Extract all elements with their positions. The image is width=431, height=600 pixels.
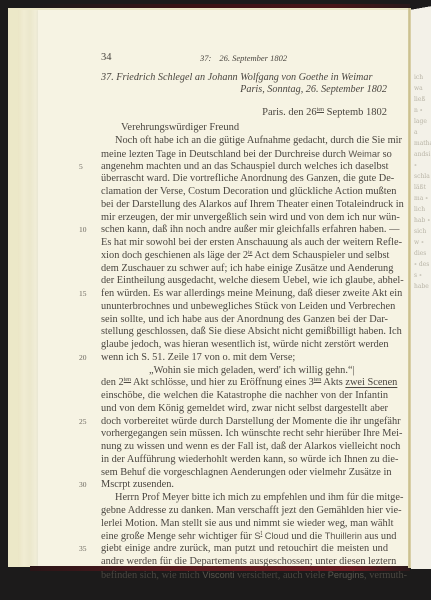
text-line-12: der Eintheilung ausgedacht, welche diese… [101,275,388,288]
text-line-18: 20wenn ich S. 51. Zeile 17 von o. mit de… [101,352,388,365]
text-line-7: mir erzeugen, der mir unvergeßlich sein … [101,212,388,225]
text-line-5: clamation der Verse, Costum Decoration u… [101,186,388,199]
running-head-date: 26. September 1802 [219,53,287,63]
text-line-2: meine lezten Tage in Deutschland bei der… [101,148,388,161]
text-line-1: Noch oft habe ich an die gütige Aufnahme… [101,135,388,148]
text-line-13: 15fen würden. Es war allerdings meine Me… [101,288,388,301]
letter-dateline: Paris. den 26ten Septemb 1802 [101,107,387,118]
line-number: 25 [79,416,93,429]
superscript: ten [124,377,131,383]
text-line-15: sein sollte, und ich habe aus der Anordn… [101,314,388,327]
text-line-9: Es hat mir sowohl bei der ersten Anschau… [101,237,388,250]
line-number: 10 [79,224,93,237]
text-line-8: 10schen kann, daß ihn noch andre außer m… [101,224,388,237]
line-number: 15 [79,288,93,301]
place-name-st-cloud: St Cloud [254,531,288,541]
person-name-perugins: Perugins [328,570,364,580]
letter-body: Noch oft habe ich an die gütige Aufnahme… [101,135,388,581]
running-head-letter-number: 37: [200,53,211,63]
place-name-thuillerin: Thuillerin [325,531,362,541]
text-line-35: befinden sich, wie mich Visconti versich… [101,569,388,582]
person-name-visconti: Visconti [202,570,234,580]
text-line-3: 5angenehm machten und an das Schauspiel … [101,161,388,174]
text-line-16: stellung geschlossen, daß Sie diese Absi… [101,326,388,339]
text-line-23: 25doch vorbereitet würde durch Darstellu… [101,416,388,429]
text-line-22: und von dem König gemeldet wird, zwar ni… [101,403,388,416]
running-head: 34 37:26. September 1802 [101,52,401,66]
text-line-17: glaube jedoch, was hieran wesentlich ist… [101,339,388,352]
text-line-29: Herrn Prof Meyer bitte ich mich zu empfe… [101,492,388,505]
text-line-25: nung zu wissen und wenn es der Fall ist,… [101,441,388,454]
text-line-20: den 2ten Akt schlösse, und hier zu Eröff… [101,377,388,390]
dateline-suffix: Septemb 1802 [324,107,387,118]
page-content: 34 37:26. September 1802 37. Friedrich S… [0,0,431,600]
place-name-weimar: Weimar [349,149,380,159]
line-number: 20 [79,352,93,365]
text-line-26: in der Aufführung wiederhohlt werden kan… [101,454,388,467]
text-line-31: lerlei Motion. Man stellt sie aus und ni… [101,518,388,531]
text-line-11: dem Zuschauer zu schwer auf; ich habe ei… [101,263,388,276]
text-line-21: einschöbe, die welchen die Katastrophe d… [101,390,388,403]
text-line-14: ununterbrochnes und unbewegliches Stück … [101,301,388,314]
dateline-prefix: Paris. den 26 [262,107,317,118]
line-number: 5 [79,161,93,174]
text-line-10: xion doch geschienen als läge der 2te Ac… [101,250,388,263]
text-line-33: 35giebt einige andre zurück, man putzt u… [101,543,388,556]
text-line-34: andre werden für die Departements ausges… [101,556,388,569]
letter-place-date: Paris, Sonntag, 26. September 1802 [101,84,387,95]
text-line-30: gebne Addresse zu danken. Man verschafft… [101,505,388,518]
underlined-text: zwei Scenen [345,377,397,388]
text-line-27: sem Behuf die vorgeschlagnen Aenderungen… [101,467,388,480]
line-number: 30 [79,479,93,492]
text-line-6: bei der Darstellung des Alarkos auf Ihre… [101,199,388,212]
text-line-4: überrascht ward. Die vortrefliche Anordn… [101,173,388,186]
dateline-superscript: ten [317,107,324,113]
running-head-center: 37:26. September 1802 [200,53,287,63]
text-line-32: eine große Menge sehr wichtiger für St C… [101,530,388,543]
letter-title: 37. Friedrich Schlegel an Johann Wolfgan… [101,72,401,84]
verse-quotation: „Wohin sie mich geladen, werd' ich willi… [101,365,388,378]
salutation: Verehrungswürdiger Freund [121,122,239,133]
text-line-28: 30Mscrpt zusenden. [101,479,388,492]
page-number: 34 [101,52,112,63]
line-number: 35 [79,543,93,556]
text-line-24: vorhergegangen sein müssen. Ich wünschte… [101,428,388,441]
